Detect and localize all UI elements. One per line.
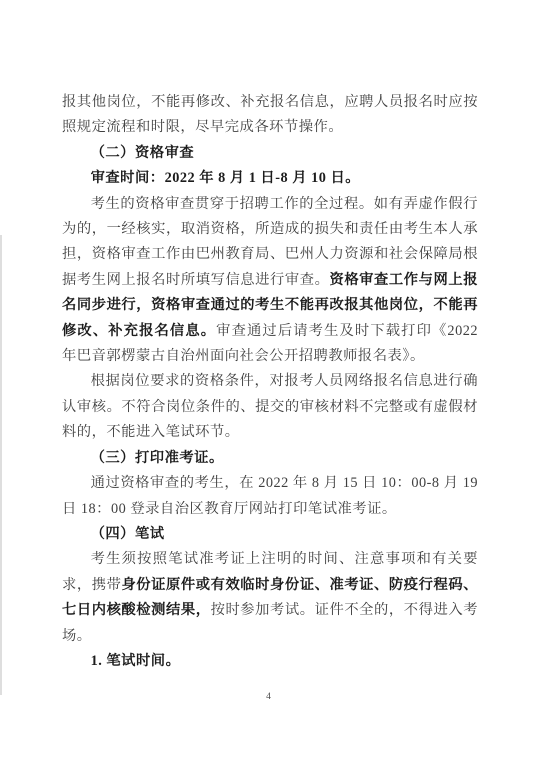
paragraph-confirmation-review: 根据岗位要求的资格条件，对报考人员网络报名信息进行确认审核。不符合岗位条件的、提… <box>62 369 478 445</box>
scan-edge-artifact <box>0 235 2 695</box>
paragraph-review-process: 考生的资格审查贯穿于招聘工作的全过程。如有弄虚作假行为的，一经核实，取消资格，所… <box>62 192 478 370</box>
page-number: 4 <box>0 692 537 702</box>
text-run: （二）资格审查 <box>91 145 195 161</box>
paragraph-exam-requirements: 考生须按照笔试准考证上注明的时间、注意事项和有关要求，携带身份证原件或有效临时身… <box>62 547 478 649</box>
document-body: 报其他岗位，不能再修改、补充报名信息，应聘人员报名时应按照规定流程和时限，尽早完… <box>62 90 478 674</box>
text-run: （四）笔试 <box>91 526 165 542</box>
heading-qualification-review: （二）资格审查 <box>62 141 478 166</box>
heading-written-exam: （四）笔试 <box>62 522 478 547</box>
heading-print-admission-ticket: （三）打印准考证。 <box>62 446 478 471</box>
text-run: 审查时间：2022 年 8 月 1 日-8 月 10 日。 <box>91 170 360 186</box>
review-time-line: 审查时间：2022 年 8 月 1 日-8 月 10 日。 <box>62 166 478 191</box>
paragraph-continuation: 报其他岗位，不能再修改、补充报名信息，应聘人员报名时应按照规定流程和时限，尽早完… <box>62 90 478 141</box>
text-run: 1. 笔试时间。 <box>91 653 181 669</box>
text-run: 报其他岗位，不能再修改、补充报名信息，应聘人员报名时应按照规定流程和时限，尽早完… <box>62 94 478 135</box>
text-run: （三）打印准考证。 <box>91 450 224 466</box>
document-page: 报其他岗位，不能再修改、补充报名信息，应聘人员报名时应按照规定流程和时限，尽早完… <box>0 0 537 759</box>
heading-written-exam-time: 1. 笔试时间。 <box>62 649 478 674</box>
text-run: 通过资格审查的考生，在 2022 年 8 月 15 日 10：00-8 月 19… <box>62 475 478 516</box>
text-run: 根据岗位要求的资格条件，对报考人员网络报名信息进行确认审核。不符合岗位条件的、提… <box>62 373 478 440</box>
paragraph-print-ticket-time: 通过资格审查的考生，在 2022 年 8 月 15 日 10：00-8 月 19… <box>62 471 478 522</box>
